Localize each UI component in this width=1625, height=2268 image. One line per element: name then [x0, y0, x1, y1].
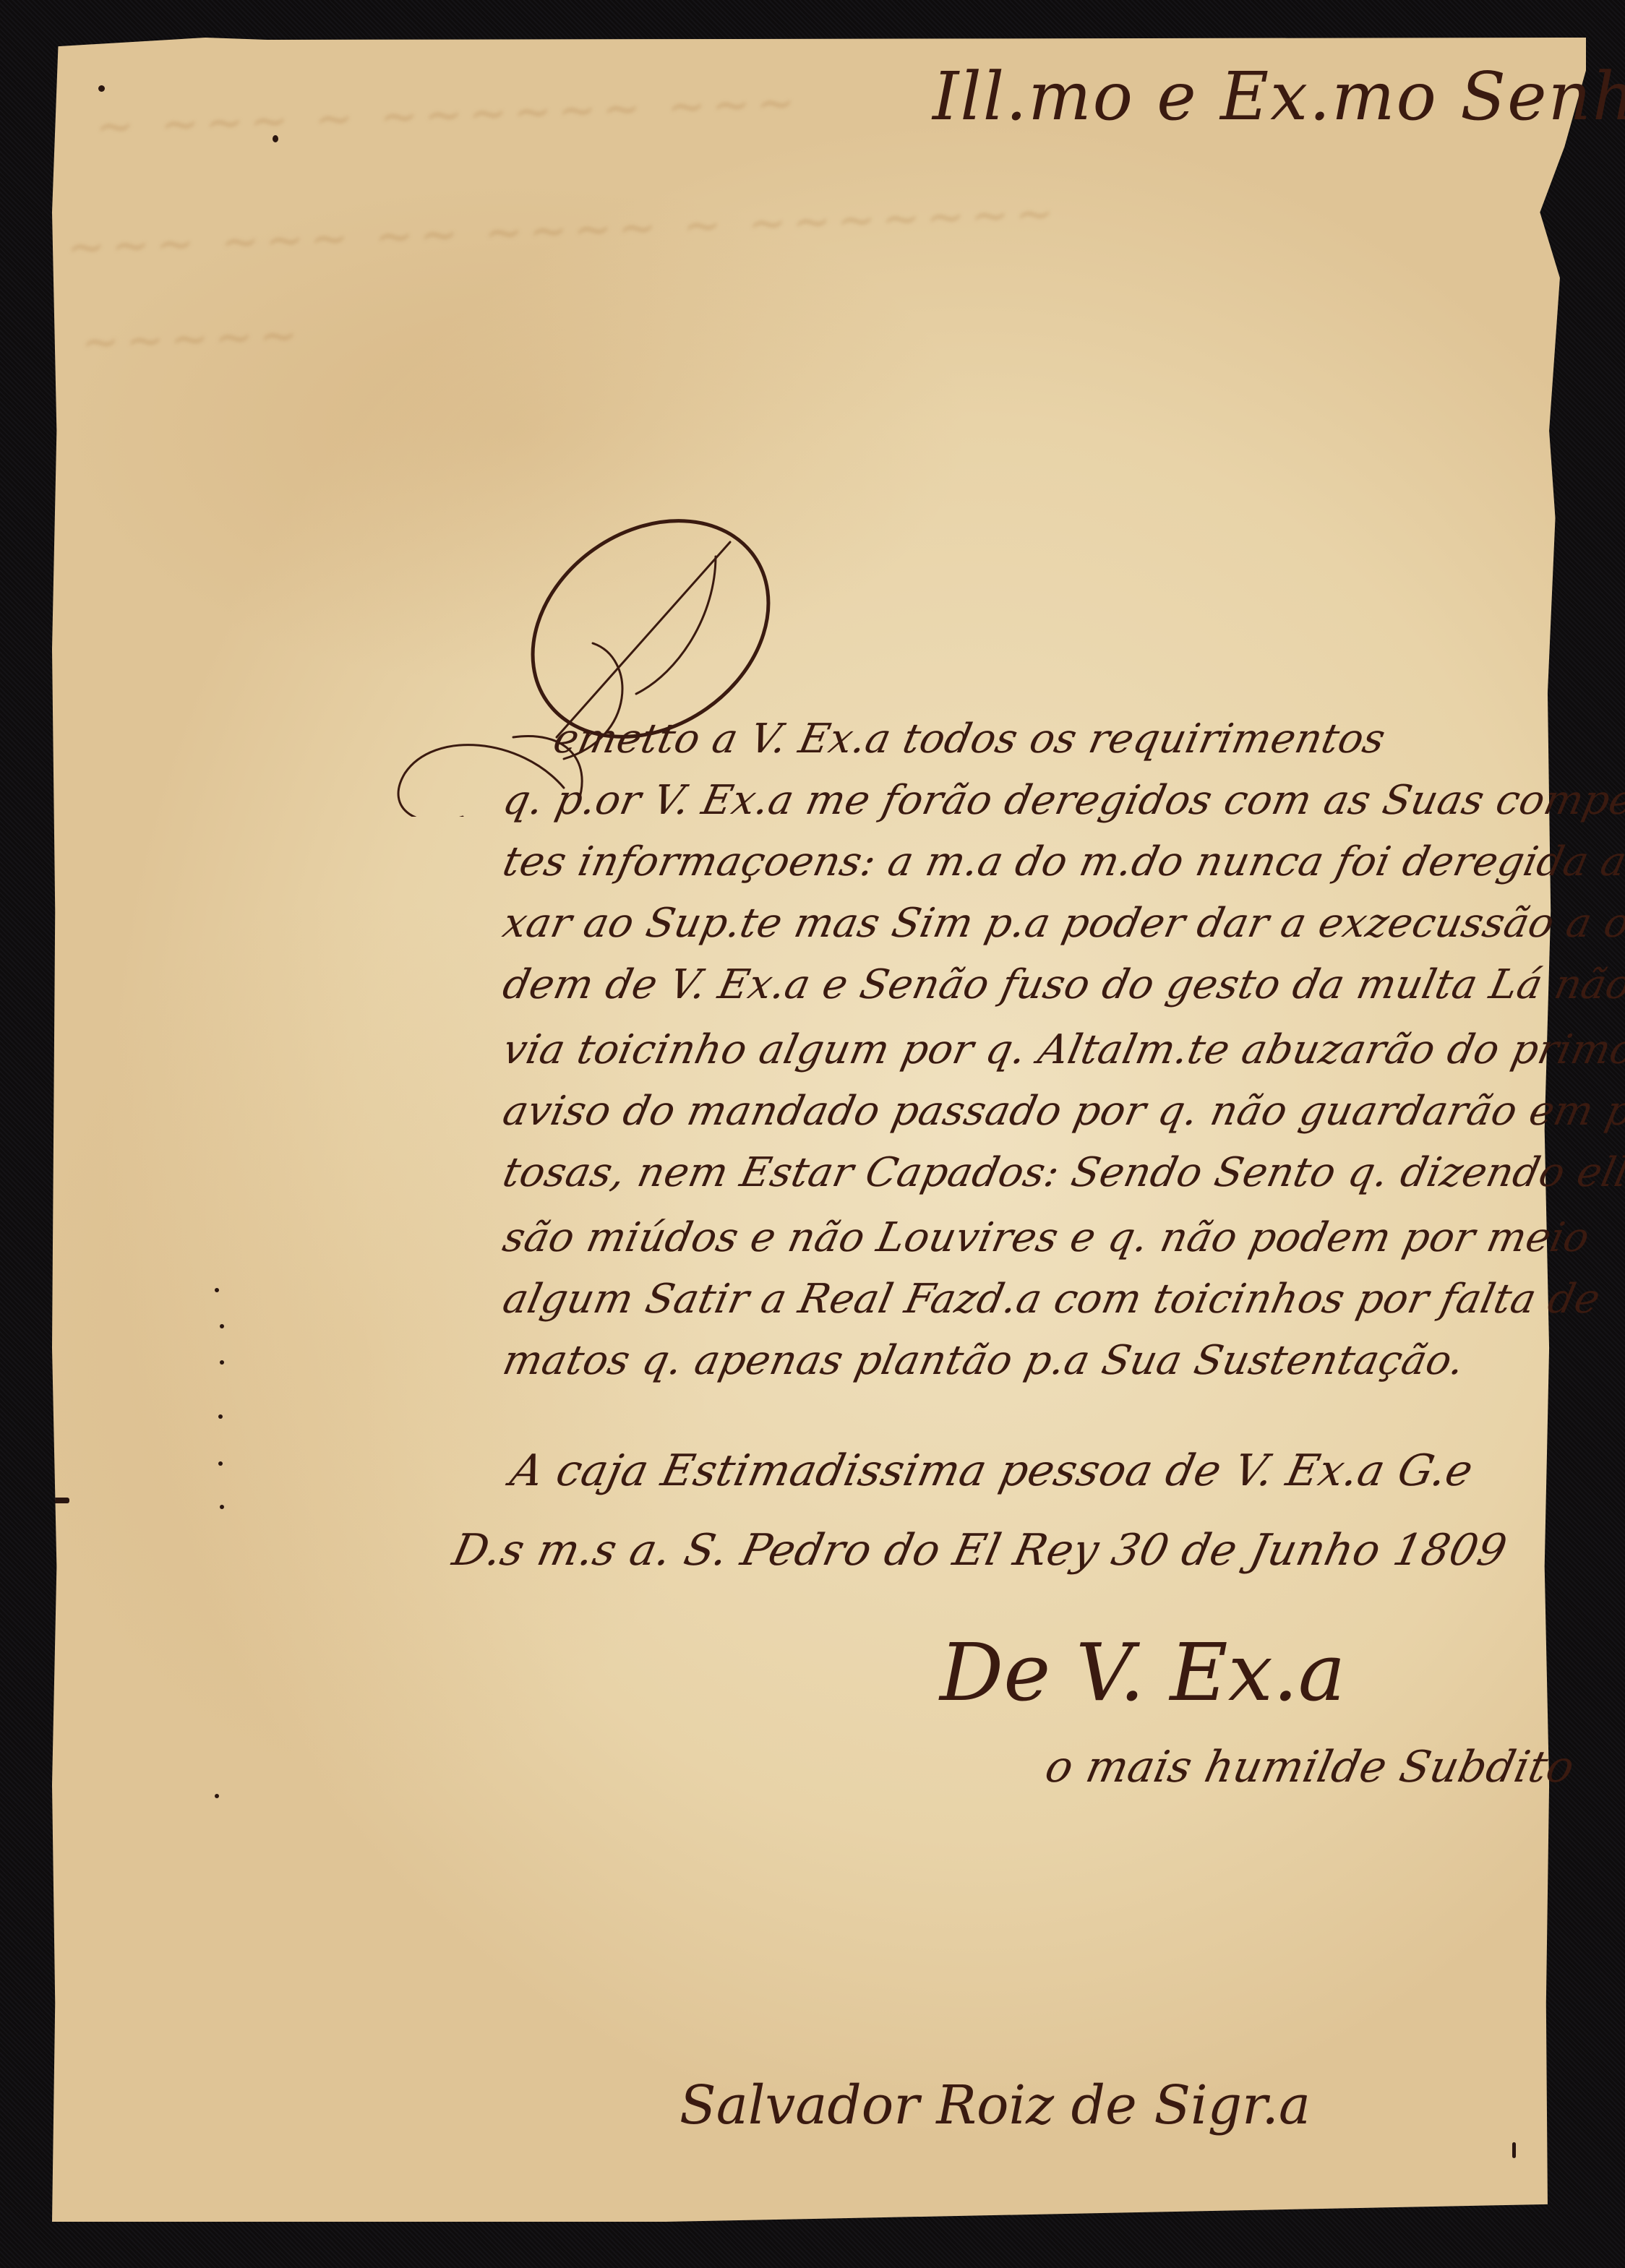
body-line: algum Satir a Real Fazd.a com toicinhos … [499, 1276, 1605, 1323]
blessing-line: A caja Estimadissima pessoa de V. Ex.a G… [506, 1446, 1478, 1496]
body-line: xar ao Sup.te mas Sim p.a poder dar a ex… [499, 900, 1625, 947]
foxing-spot [220, 1360, 224, 1365]
foxing-spot [98, 85, 105, 92]
foxing-spot [218, 1461, 223, 1466]
body-line: tosas, nem Estar Capados: Sendo Sento q.… [499, 1149, 1625, 1196]
body-line: matos q. apenas plantão p.a Sua Sustenta… [499, 1337, 1469, 1384]
body-line: dem de V. Ex.a e Senão fuso do gesto da … [499, 961, 1625, 1008]
salutation: Ill.mo e Ex.mo Senhor [932, 58, 1625, 135]
body-line: q. p.or V. Ex.a me forão deregidos com a… [499, 777, 1625, 824]
bleed-through-text: ~ ~~~ ~ ~~~~~~ ~~~ [95, 76, 802, 154]
body-line: são miúdos e não Louvires e q. não podem… [499, 1214, 1594, 1261]
foxing-spot [220, 1505, 224, 1509]
initial-letter-text: R [376, 499, 385, 502]
body-line: aviso do mandado passado por q. não guar… [499, 1088, 1625, 1135]
foxing-spot [215, 1288, 219, 1292]
date-line: D.s m.s a. S. Pedro do El Rey 30 de Junh… [448, 1525, 1512, 1576]
foxing-spot [273, 135, 278, 142]
body-line: tes informaçoens: a m.a do m.do nunca fo… [499, 838, 1625, 885]
body-line: emetto a V. Ex.a todos os requirimentos [549, 716, 1389, 763]
signature: Salvador Roiz de Sigr.a [679, 2074, 1311, 2136]
bleed-through-text: ~~~~~ [80, 309, 305, 370]
body-line: via toicinho algum por q. Altalm.te abuz… [499, 1026, 1625, 1073]
foxing-spot [215, 1794, 219, 1798]
bleed-through-text: ~~~ ~~~ ~~ ~~~~ ~ ~~~~~~~ [66, 186, 1060, 275]
closing-line-2: o mais humilde Subdito [1041, 1742, 1579, 1792]
decorative-initial-r: R [376, 499, 839, 817]
foxing-spot [218, 1414, 223, 1419]
foxing-spot [220, 1324, 224, 1328]
foxing-spot [1512, 2142, 1516, 2158]
closing-line-1: De V. Ex.a [940, 1626, 1345, 1719]
